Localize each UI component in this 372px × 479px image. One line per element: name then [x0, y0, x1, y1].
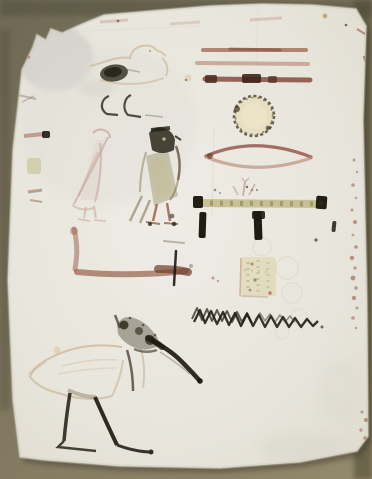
mount-left-shade — [0, 30, 10, 410]
artifact-photo — [0, 0, 372, 479]
photo-of-sketch-sheet — [0, 0, 372, 479]
gray-smudge-right — [320, 362, 360, 422]
